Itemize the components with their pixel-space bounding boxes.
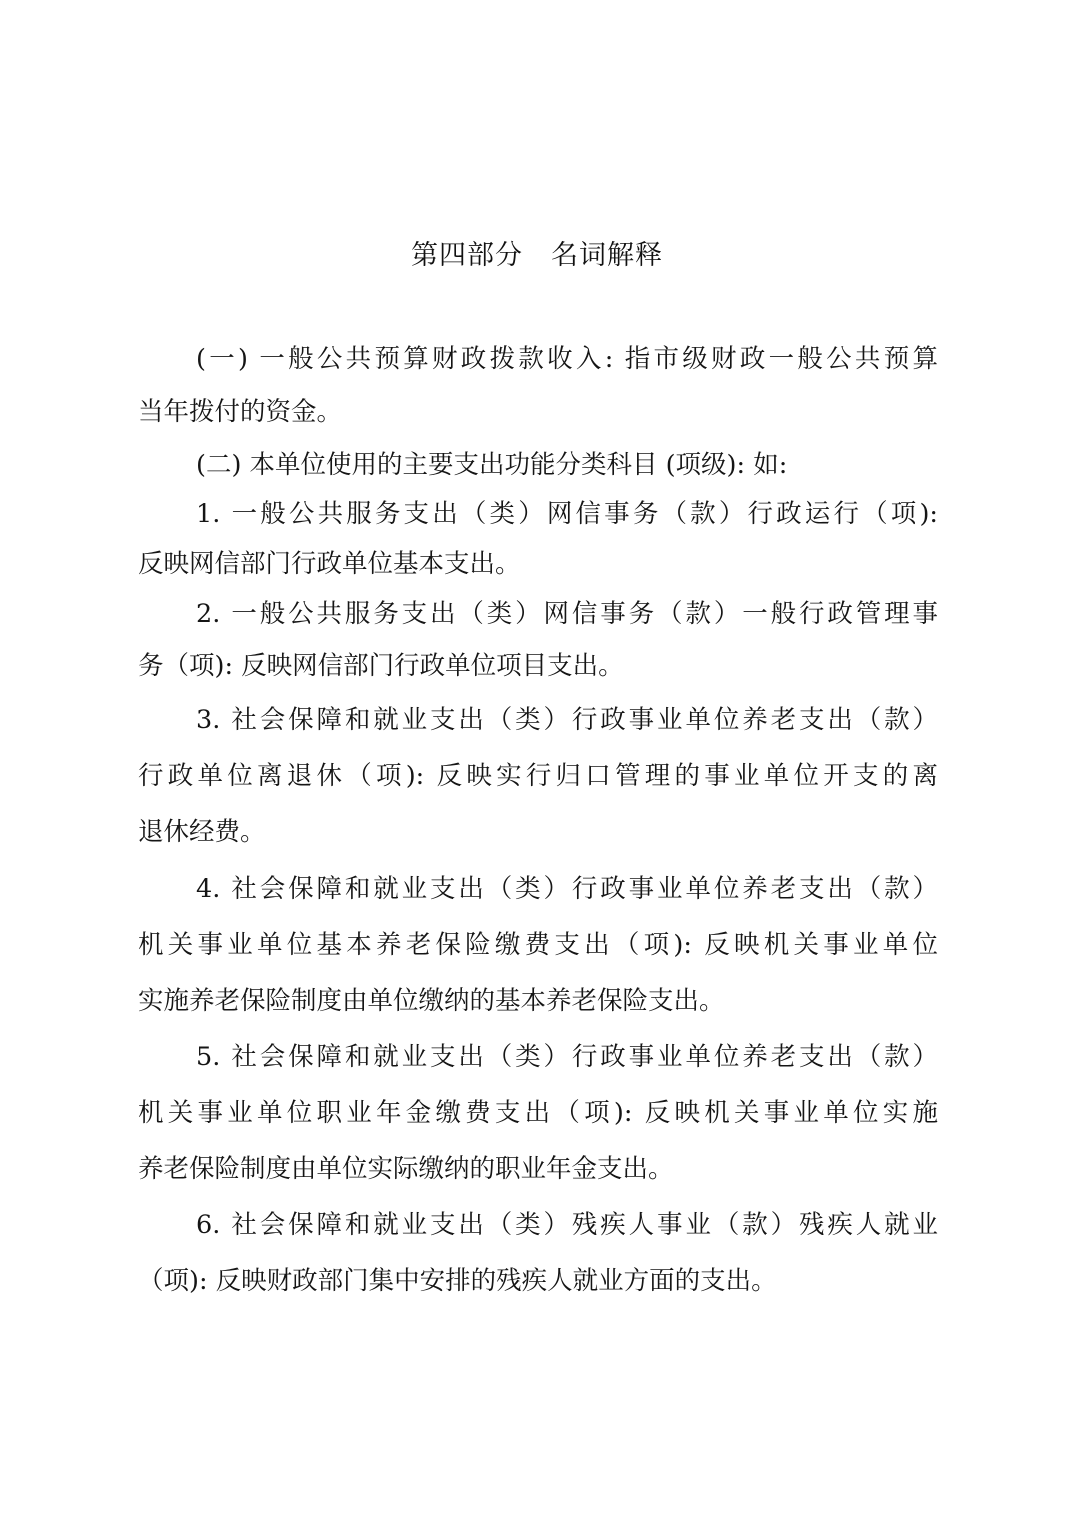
text-line: 行政单位离退休（项): 反映实行归口管理的事业单位开支的离 xyxy=(138,756,938,796)
text-line: 反映网信部门行政单位基本支出。 xyxy=(138,544,938,584)
text-line: 机关事业单位职业年金缴费支出（项): 反映机关事业单位实施 xyxy=(138,1093,938,1133)
text-line: 实施养老保险制度由单位缴纳的基本养老保险支出。 xyxy=(138,981,938,1021)
text-line: 2. 一般公共服务支出（类）网信事务（款）一般行政管理事 xyxy=(196,594,938,634)
text-line: 6. 社会保障和就业支出（类）残疾人事业（款）残疾人就业 xyxy=(196,1205,938,1245)
document-page: 第四部分 名词解释 (一) 一般公共预算财政拨款收入: 指市级财政一般公共预算当… xyxy=(0,0,1074,1520)
text-line: (一) 一般公共预算财政拨款收入: 指市级财政一般公共预算 xyxy=(196,339,938,379)
text-line: 养老保险制度由单位实际缴纳的职业年金支出。 xyxy=(138,1149,938,1189)
text-line: 务（项): 反映网信部门行政单位项目支出。 xyxy=(138,646,938,686)
text-line: 退休经费。 xyxy=(138,812,938,852)
text-line: 机关事业单位基本养老保险缴费支出（项): 反映机关事业单位 xyxy=(138,925,938,965)
page-title: 第四部分 名词解释 xyxy=(0,236,1074,276)
text-line: 当年拨付的资金。 xyxy=(138,392,938,432)
text-line: 1. 一般公共服务支出（类）网信事务（款）行政运行（项): xyxy=(196,494,938,534)
text-line: （项): 反映财政部门集中安排的残疾人就业方面的支出。 xyxy=(138,1261,938,1301)
text-line: 5. 社会保障和就业支出（类）行政事业单位养老支出（款） xyxy=(196,1037,938,1077)
text-line: 3. 社会保障和就业支出（类）行政事业单位养老支出（款） xyxy=(196,700,938,740)
text-line: (二) 本单位使用的主要支出功能分类科目 (项级): 如: xyxy=(196,445,938,485)
text-line: 4. 社会保障和就业支出（类）行政事业单位养老支出（款） xyxy=(196,869,938,909)
